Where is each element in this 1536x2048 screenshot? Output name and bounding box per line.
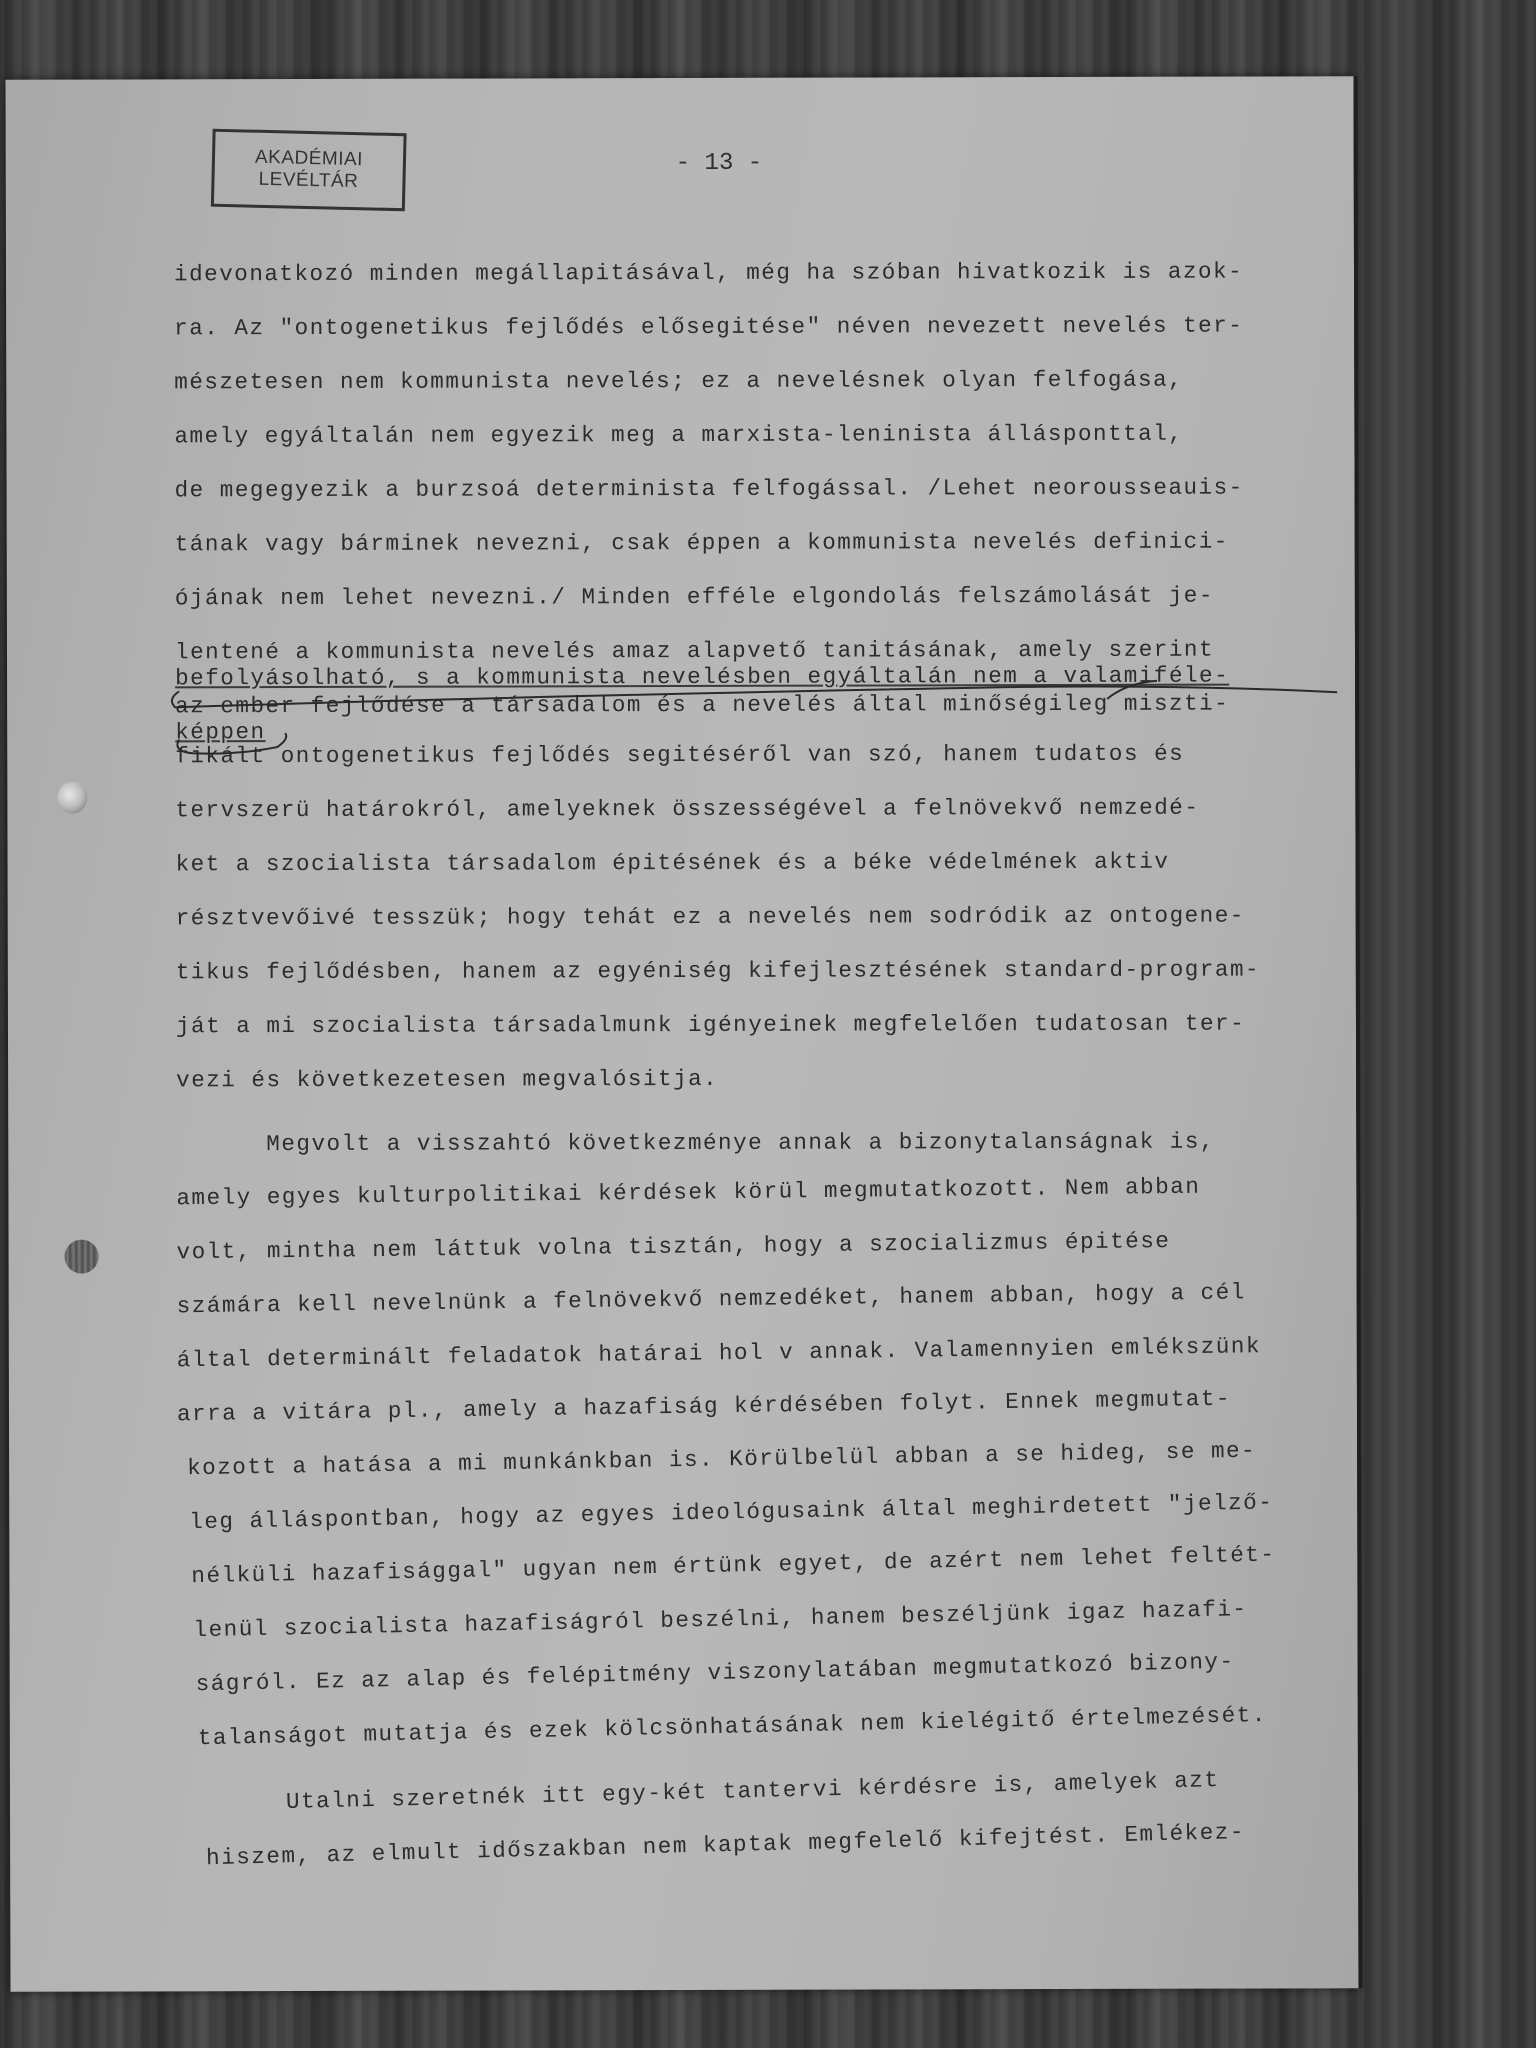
- document-page: AKADÉMIAI LEVÉLTÁR - 13 - idevonatkozó m…: [5, 76, 1358, 1992]
- handwritten-insertion-marks: [5, 76, 1358, 1992]
